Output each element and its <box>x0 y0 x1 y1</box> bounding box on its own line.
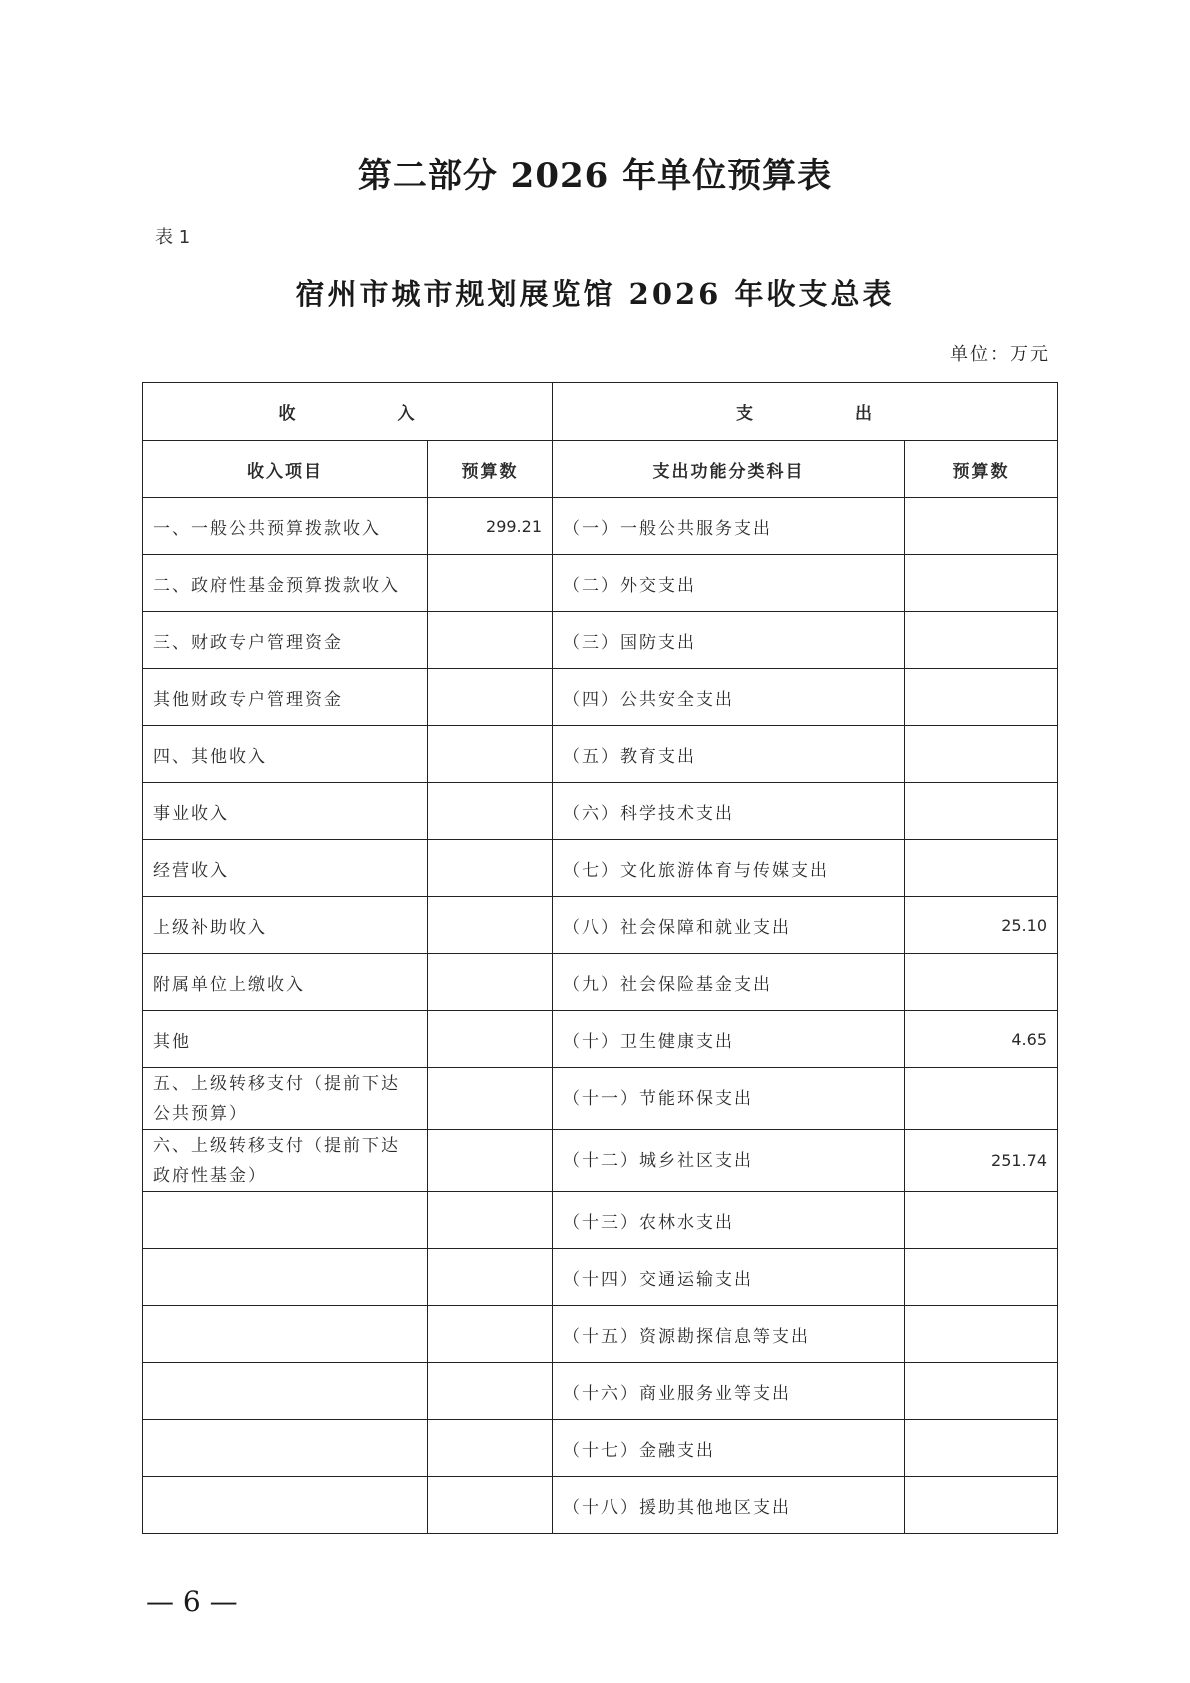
expense-item: （十六）商业服务业等支出 <box>553 1363 905 1420</box>
income-amount <box>428 726 553 783</box>
income-item: 附属单位上缴收入 <box>143 954 428 1011</box>
expense-item: （三）国防支出 <box>553 612 905 669</box>
table-row: 二、政府性基金预算拨款收入 （二）外交支出 <box>143 555 1058 612</box>
table-row: （十三）农林水支出 <box>143 1192 1058 1249</box>
header-income-amount: 预算数 <box>428 441 553 498</box>
table-row: 五、上级转移支付（提前下达公共预算） （十一）节能环保支出 <box>143 1068 1058 1130</box>
expense-item: （七）文化旅游体育与传媒支出 <box>553 840 905 897</box>
income-amount <box>428 1011 553 1068</box>
expense-amount <box>905 669 1058 726</box>
table-row: （十五）资源勘探信息等支出 <box>143 1306 1058 1363</box>
income-amount <box>428 1363 553 1420</box>
expense-group-header: 支出 <box>553 383 1058 441</box>
income-item: 经营收入 <box>143 840 428 897</box>
part-title: 第二部分 2026 年单位预算表 <box>0 148 1190 197</box>
income-item <box>143 1420 428 1477</box>
expense-amount <box>905 954 1058 1011</box>
expense-amount <box>905 726 1058 783</box>
table-row: 事业收入 （六）科学技术支出 <box>143 783 1058 840</box>
expense-item: （八）社会保障和就业支出 <box>553 897 905 954</box>
income-item: 上级补助收入 <box>143 897 428 954</box>
table-row: 一、一般公共预算拨款收入 299.21 （一）一般公共服务支出 <box>143 498 1058 555</box>
expense-item: （九）社会保险基金支出 <box>553 954 905 1011</box>
income-item: 一、一般公共预算拨款收入 <box>143 498 428 555</box>
table-row: 四、其他收入 （五）教育支出 <box>143 726 1058 783</box>
expense-amount <box>905 1306 1058 1363</box>
expense-amount <box>905 783 1058 840</box>
income-item: 事业收入 <box>143 783 428 840</box>
budget-summary-table: 收入 支出 收入项目 预算数 支出功能分类科目 预算数 一、一般公共预算拨款收入… <box>142 382 1058 1534</box>
expense-amount <box>905 1068 1058 1130</box>
income-amount <box>428 783 553 840</box>
expense-amount <box>905 1192 1058 1249</box>
income-amount <box>428 1306 553 1363</box>
table-row: （十四）交通运输支出 <box>143 1249 1058 1306</box>
income-item: 六、上级转移支付（提前下达政府性基金） <box>143 1130 428 1192</box>
expense-amount <box>905 1363 1058 1420</box>
income-amount <box>428 555 553 612</box>
expense-amount <box>905 612 1058 669</box>
expense-amount <box>905 498 1058 555</box>
table-row: 经营收入 （七）文化旅游体育与传媒支出 <box>143 840 1058 897</box>
income-amount <box>428 840 553 897</box>
expense-amount: 251.74 <box>905 1130 1058 1192</box>
expense-item: （六）科学技术支出 <box>553 783 905 840</box>
income-item <box>143 1363 428 1420</box>
table-row: 三、财政专户管理资金 （三）国防支出 <box>143 612 1058 669</box>
income-amount <box>428 1192 553 1249</box>
group-header-row: 收入 支出 <box>143 383 1058 441</box>
income-item: 四、其他收入 <box>143 726 428 783</box>
expense-item: （十一）节能环保支出 <box>553 1068 905 1130</box>
income-item: 五、上级转移支付（提前下达公共预算） <box>143 1068 428 1130</box>
table-number: 表 1 <box>155 223 190 249</box>
expense-item: （十七）金融支出 <box>553 1420 905 1477</box>
income-item: 其他 <box>143 1011 428 1068</box>
expense-item: （十八）援助其他地区支出 <box>553 1477 905 1534</box>
income-amount <box>428 612 553 669</box>
expense-item: （一）一般公共服务支出 <box>553 498 905 555</box>
income-item <box>143 1477 428 1534</box>
income-item <box>143 1249 428 1306</box>
income-amount <box>428 897 553 954</box>
table-row: （十六）商业服务业等支出 <box>143 1363 1058 1420</box>
header-expense-amount: 预算数 <box>905 441 1058 498</box>
expense-item: （十）卫生健康支出 <box>553 1011 905 1068</box>
income-amount <box>428 1068 553 1130</box>
table-row: 其他财政专户管理资金 （四）公共安全支出 <box>143 669 1058 726</box>
page-number: — 6 — <box>146 1585 238 1618</box>
header-income-item: 收入项目 <box>143 441 428 498</box>
table-row: 上级补助收入 （八）社会保障和就业支出 25.10 <box>143 897 1058 954</box>
header-expense-item: 支出功能分类科目 <box>553 441 905 498</box>
expense-item: （十四）交通运输支出 <box>553 1249 905 1306</box>
income-item: 二、政府性基金预算拨款收入 <box>143 555 428 612</box>
expense-item: （五）教育支出 <box>553 726 905 783</box>
income-item: 其他财政专户管理资金 <box>143 669 428 726</box>
income-amount <box>428 1249 553 1306</box>
expense-amount <box>905 1420 1058 1477</box>
table-title: 宿州市城市规划展览馆 2026 年收支总表 <box>0 272 1190 313</box>
table-row: 六、上级转移支付（提前下达政府性基金） （十二）城乡社区支出 251.74 <box>143 1130 1058 1192</box>
column-header-row: 收入项目 预算数 支出功能分类科目 预算数 <box>143 441 1058 498</box>
expense-amount: 4.65 <box>905 1011 1058 1068</box>
income-group-header: 收入 <box>143 383 553 441</box>
income-amount <box>428 1420 553 1477</box>
income-amount <box>428 1477 553 1534</box>
expense-amount <box>905 555 1058 612</box>
table-row: （十七）金融支出 <box>143 1420 1058 1477</box>
expense-amount <box>905 1249 1058 1306</box>
expense-amount <box>905 1477 1058 1534</box>
expense-amount <box>905 840 1058 897</box>
income-amount <box>428 669 553 726</box>
expense-item: （二）外交支出 <box>553 555 905 612</box>
income-amount <box>428 954 553 1011</box>
expense-item: （十二）城乡社区支出 <box>553 1130 905 1192</box>
income-amount <box>428 1130 553 1192</box>
expense-item: （十三）农林水支出 <box>553 1192 905 1249</box>
income-item: 三、财政专户管理资金 <box>143 612 428 669</box>
expense-amount: 25.10 <box>905 897 1058 954</box>
table-row: 附属单位上缴收入 （九）社会保险基金支出 <box>143 954 1058 1011</box>
income-item <box>143 1192 428 1249</box>
table-row: （十八）援助其他地区支出 <box>143 1477 1058 1534</box>
table-row: 其他 （十）卫生健康支出 4.65 <box>143 1011 1058 1068</box>
income-item <box>143 1306 428 1363</box>
expense-item: （四）公共安全支出 <box>553 669 905 726</box>
unit-label: 单位：万元 <box>950 340 1050 366</box>
expense-item: （十五）资源勘探信息等支出 <box>553 1306 905 1363</box>
income-amount: 299.21 <box>428 498 553 555</box>
